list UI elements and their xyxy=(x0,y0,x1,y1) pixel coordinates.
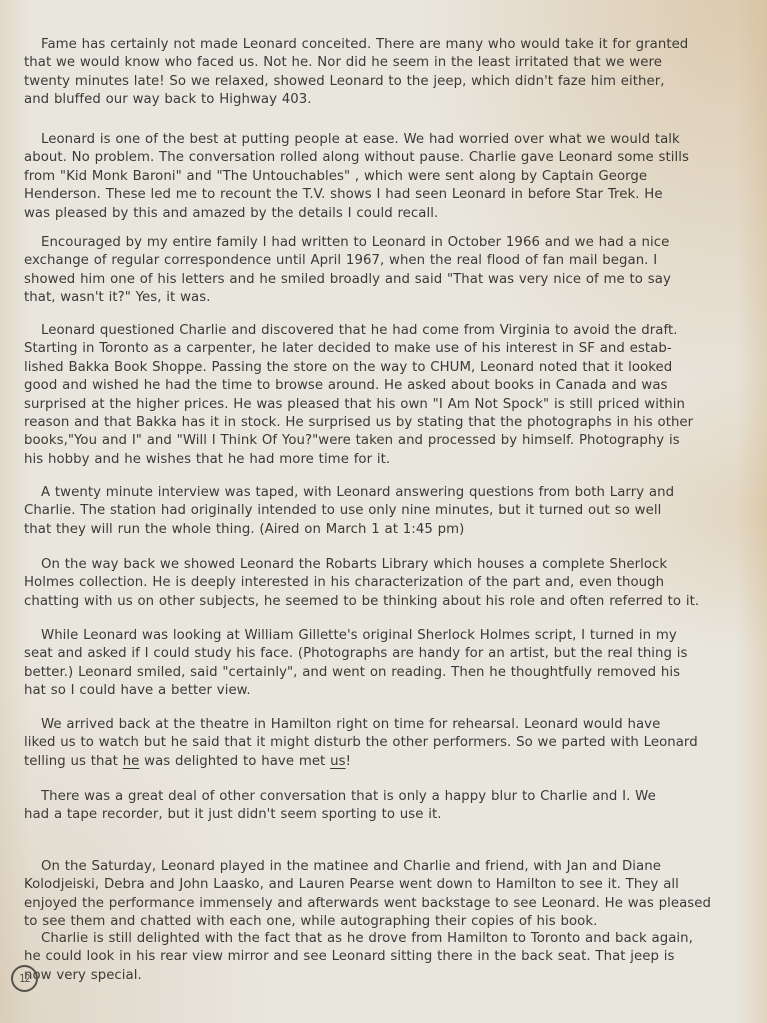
text-line: Leonard is one of the best at putting pe… xyxy=(24,131,764,149)
underlined-emphasis: he xyxy=(123,754,140,769)
text-line: lished Bakka Book Shoppe. Passing the st… xyxy=(24,359,764,377)
text-line: that we would know who faced us. Not he.… xyxy=(24,54,764,72)
text-line: Encouraged by my entire family I had wri… xyxy=(24,234,764,252)
text-line: Charlie. The station had originally inte… xyxy=(24,502,764,520)
text-line: Charlie is still delighted with the fact… xyxy=(24,930,764,948)
text-line: that they will run the whole thing. (Air… xyxy=(24,521,764,539)
text-line: that, wasn't it?" Yes, it was. xyxy=(24,289,764,307)
document-page: Fame has certainly not made Leonard conc… xyxy=(0,0,767,1023)
text-line: showed him one of his letters and he smi… xyxy=(24,271,764,289)
paragraph-bakka-book-shoppe: Leonard questioned Charlie and discovere… xyxy=(24,322,764,469)
text-line: twenty minutes late! So we relaxed, show… xyxy=(24,73,764,91)
text-line: his hobby and he wishes that he had more… xyxy=(24,451,764,469)
paragraph-correspondence: Encouraged by my entire family I had wri… xyxy=(24,234,764,308)
text-line: On the Saturday, Leonard played in the m… xyxy=(24,858,764,876)
text-line: liked us to watch but he said that it mi… xyxy=(24,734,764,752)
text-line: Holmes collection. He is deeply interest… xyxy=(24,574,764,592)
text-line: books,"You and I" and "Will I Think Of Y… xyxy=(24,432,764,450)
text-line: to see them and chatted with each one, w… xyxy=(24,913,764,931)
text-line: While Leonard was looking at William Gil… xyxy=(24,627,764,645)
underlined-emphasis: us xyxy=(330,754,345,769)
text-line: seat and asked if I could study his face… xyxy=(24,645,764,663)
text-line: Henderson. These led me to recount the T… xyxy=(24,186,764,204)
text-line: better.) Leonard smiled, said "certainly… xyxy=(24,664,764,682)
paragraph-jeep: Charlie is still delighted with the fact… xyxy=(24,930,764,985)
text-line: telling us that he was delighted to have… xyxy=(24,753,764,771)
text-line: good and wished he had the time to brows… xyxy=(24,377,764,395)
text-line: had a tape recorder, but it just didn't … xyxy=(24,806,764,824)
text-line: and bluffed our way back to Highway 403. xyxy=(24,91,764,109)
text-line: exchange of regular correspondence until… xyxy=(24,252,764,270)
text-line: chatting with us on other subjects, he s… xyxy=(24,593,764,611)
paragraph-saturday-matinee: On the Saturday, Leonard played in the m… xyxy=(24,858,764,932)
text-line: There was a great deal of other conversa… xyxy=(24,788,764,806)
text-line: about. No problem. The conversation roll… xyxy=(24,149,764,167)
text-line: enjoyed the performance immensely and af… xyxy=(24,895,764,913)
paragraph-fame: Fame has certainly not made Leonard conc… xyxy=(24,36,764,110)
paragraph-sherlock-script: While Leonard was looking at William Gil… xyxy=(24,627,764,701)
page-number: 12 xyxy=(11,965,38,992)
text-line: surprised at the higher prices. He was p… xyxy=(24,396,764,414)
text-line: reason and that Bakka has it in stock. H… xyxy=(24,414,764,432)
text-line: was pleased by this and amazed by the de… xyxy=(24,205,764,223)
text-line: now very special. xyxy=(24,967,764,985)
paragraph-interview: A twenty minute interview was taped, wit… xyxy=(24,484,764,539)
text-line: Kolodjeiski, Debra and John Laasko, and … xyxy=(24,876,764,894)
text-line: A twenty minute interview was taped, wit… xyxy=(24,484,764,502)
text-line: We arrived back at the theatre in Hamilt… xyxy=(24,716,764,734)
text-line: On the way back we showed Leonard the Ro… xyxy=(24,556,764,574)
paragraph-tape-recorder: There was a great deal of other conversa… xyxy=(24,788,764,825)
paragraph-theatre-arrival: We arrived back at the theatre in Hamilt… xyxy=(24,716,764,771)
paragraph-robarts-library: On the way back we showed Leonard the Ro… xyxy=(24,556,764,611)
paragraph-putting-people-at-ease: Leonard is one of the best at putting pe… xyxy=(24,131,764,223)
text-line: Starting in Toronto as a carpenter, he l… xyxy=(24,340,764,358)
text-line: Fame has certainly not made Leonard conc… xyxy=(24,36,764,54)
text-line: he could look in his rear view mirror an… xyxy=(24,948,764,966)
text-line: hat so I could have a better view. xyxy=(24,682,764,700)
text-line: from "Kid Monk Baroni" and "The Untoucha… xyxy=(24,168,764,186)
text-line: Leonard questioned Charlie and discovere… xyxy=(24,322,764,340)
